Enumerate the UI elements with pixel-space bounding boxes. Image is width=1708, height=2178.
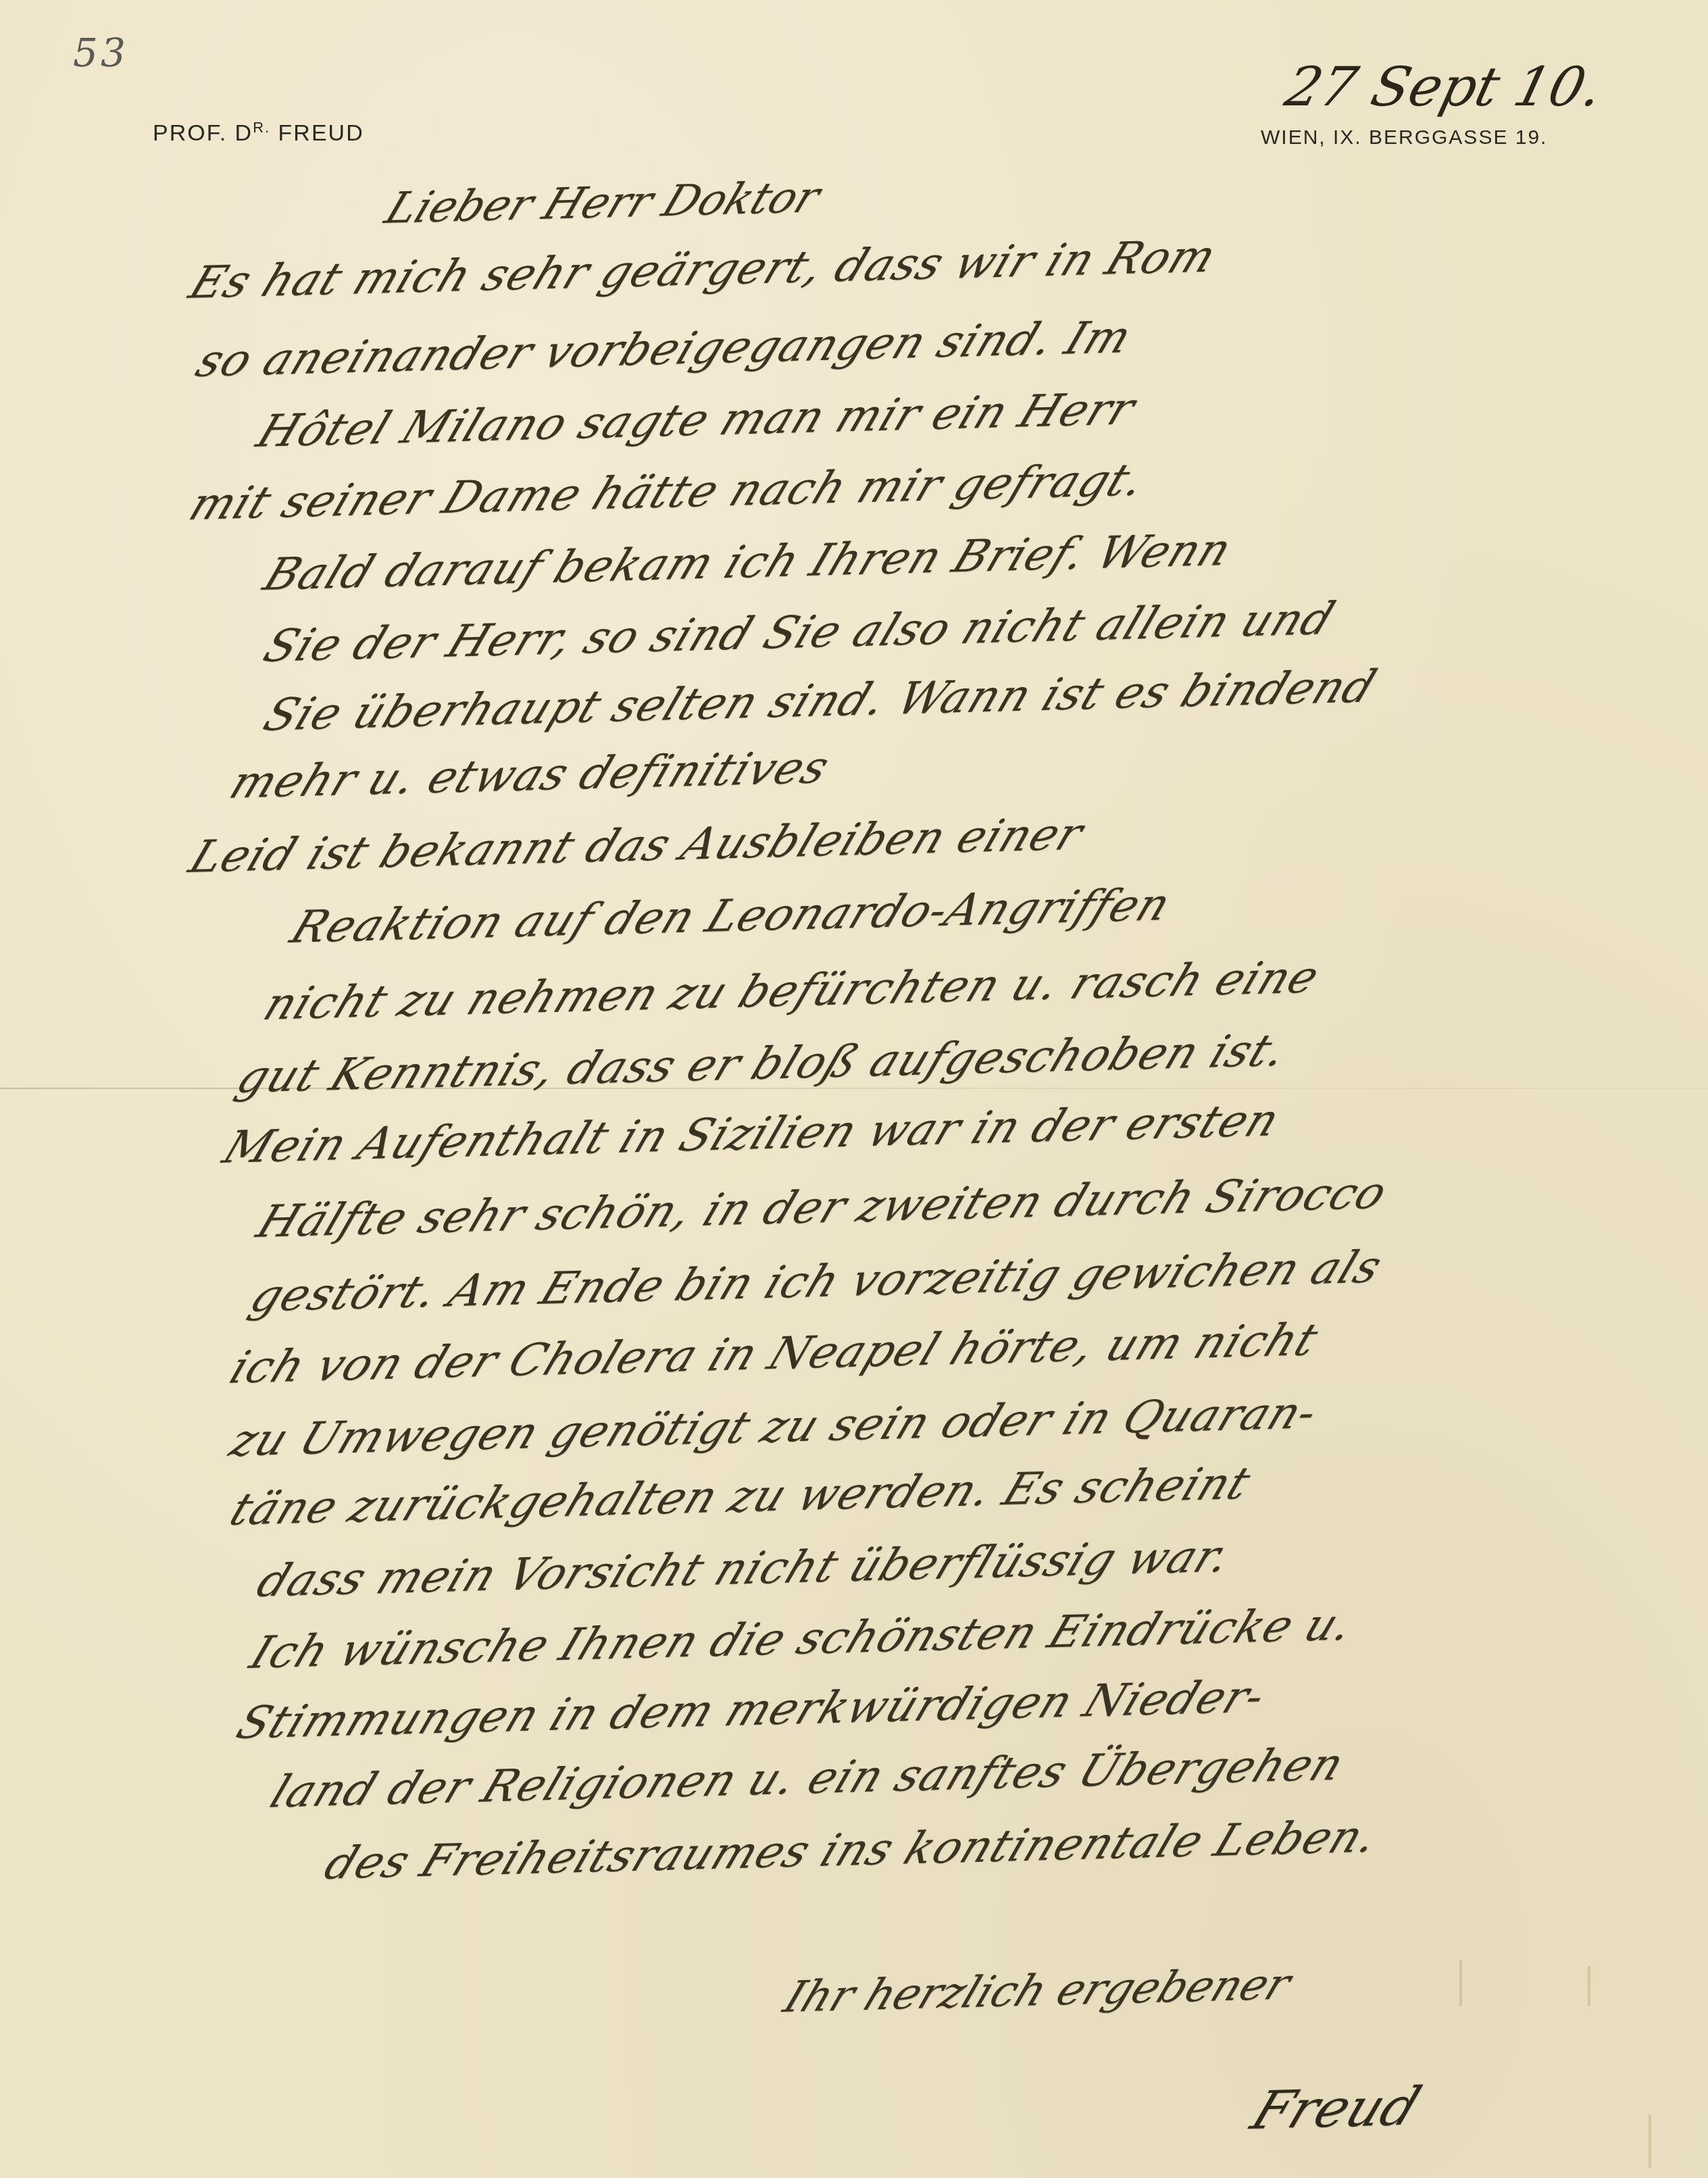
body-line: Hôtel Milano sagte man mir ein Herr bbox=[250, 383, 1143, 457]
letterhead-name-prefix: PROF. D bbox=[153, 120, 253, 146]
body-line: zu Umwegen genötigt zu sein oder in Quar… bbox=[223, 1387, 1326, 1467]
body-line: dass mein Vorsicht nicht überflüssig war… bbox=[250, 1530, 1238, 1607]
body-line: Leid ist bekannt das Ausbleiben einer bbox=[182, 808, 1090, 883]
letterhead-surname: FREUD bbox=[278, 120, 364, 146]
body-line: Reaktion auf den Leonardo-Angriffen bbox=[284, 878, 1178, 953]
body-line: Sie der Herr, so sind Sie also nicht all… bbox=[257, 592, 1342, 672]
body-line: ich von der Cholera in Neapel hörte, um … bbox=[223, 1313, 1326, 1394]
letterhead-name: PROF. DR. FREUD bbox=[153, 119, 364, 147]
body-line: Mein Aufenthalt in Sizilien war in der e… bbox=[216, 1094, 1287, 1173]
letter-date: 27 Sept 10. bbox=[1279, 55, 1609, 118]
body-line: so aneinander vorbeigegangen sind. Im bbox=[189, 311, 1139, 387]
signature: Freud bbox=[1243, 2077, 1428, 2142]
body-line: mit seiner Dame hätte nach mir gefragt. bbox=[182, 454, 1153, 530]
letterhead-name-superscript: R. bbox=[253, 119, 270, 136]
ink-bleed-mark bbox=[1588, 1966, 1590, 2006]
body-line: land der Religionen u. ein sanftes Überg… bbox=[263, 1738, 1352, 1818]
body-line: täne zurückgehalten zu werden. Es schein… bbox=[223, 1457, 1258, 1536]
body-line: Stimmungen in dem merkwürdigen Nieder- bbox=[230, 1671, 1274, 1749]
body-line: Es hat mich sehr geärgert, dass wir in R… bbox=[182, 230, 1224, 309]
body-line: Ich wünsche Ihnen die schönsten Eindrück… bbox=[243, 1598, 1361, 1679]
body-line: gut Kenntnis, dass er bloß aufgeschoben … bbox=[230, 1024, 1295, 1103]
body-line: mehr u. etwas definitives bbox=[223, 741, 837, 809]
closing: Ihr herzlich ergebener bbox=[777, 1960, 1298, 2023]
ink-bleed-mark bbox=[1459, 1959, 1462, 2006]
letter-page: 53 PROF. DR. FREUD WIEN, IX. BERGGASSE 1… bbox=[0, 0, 1708, 2178]
body-line: des Freiheitsraumes ins kontinentale Leb… bbox=[318, 1810, 1386, 1890]
body-line: Bald darauf bekam ich Ihren Brief. Wenn bbox=[257, 524, 1239, 601]
body-line: gestört. Am Ende bin ich vorzeitig gewic… bbox=[243, 1241, 1390, 1322]
salutation: Lieber Herr Doktor bbox=[378, 173, 827, 234]
letterhead-address: WIEN, IX. BERGGASSE 19. bbox=[1261, 126, 1547, 149]
body-line: Sie überhaupt selten sind. Wann ist es b… bbox=[257, 661, 1384, 741]
archive-number: 53 bbox=[73, 30, 128, 76]
body-line: Hälfte sehr schön, in der zweiten durch … bbox=[250, 1167, 1395, 1248]
ink-bleed-mark bbox=[1649, 2114, 1651, 2169]
body-line: nicht zu nehmen zu befürchten u. rasch e… bbox=[257, 951, 1327, 1030]
